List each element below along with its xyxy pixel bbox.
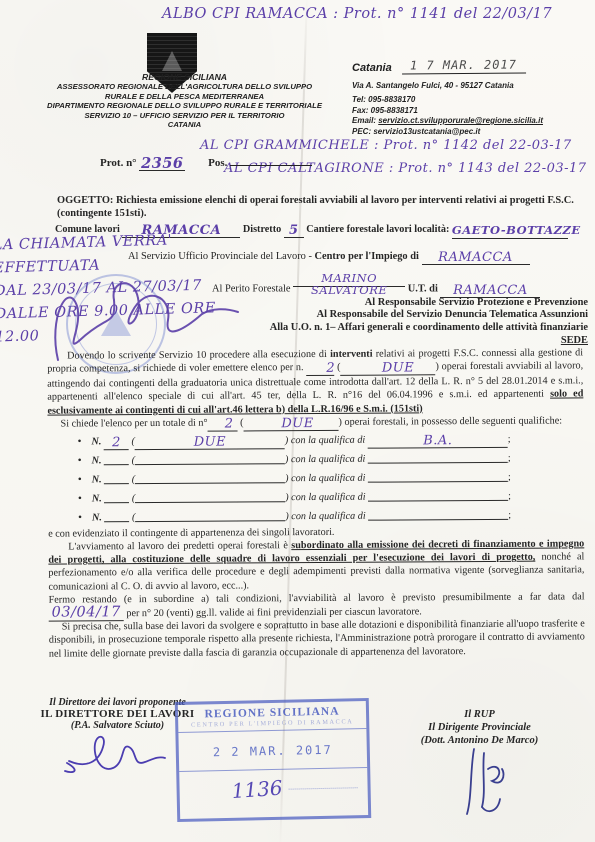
recipient-upl-cpi: Centro per l'Impiego di [315,251,419,262]
rup-role-line: Il Dirigente Provinciale [392,721,567,734]
recipient-upl-text: Al Servizio Ufficio Provinciale del Lavo… [128,251,315,262]
handwritten-note-grammichele: AL CPI GRAMMICHELE : Prot. n° 1142 del 2… [200,138,595,153]
signature-block-rup: Il RUP Il Dirigente Provinciale (Dott. A… [392,708,567,822]
email-value: servizio.ct.svilupporurale@regione.sicil… [378,116,543,125]
subject-text: Richiesta emissione elenchi di operai fo… [57,195,574,219]
p1-seg-bold: interventi [330,349,373,360]
localita-value: GAETO-BOTTAZZE [452,225,568,239]
recipient-denuncia: Al Responsabile del Servizio Denuncia Te… [238,309,588,321]
stamp-date: 2 2 MAR. 2017 [178,729,367,771]
p1-word-value: DUE [340,361,435,376]
distretto-label: Distretto [243,224,281,235]
letterhead-line1: ASSESSORATO REGIONALE DELL'AGRICOLTURA D… [12,82,357,92]
stamp-protocol-row: 1136 [179,767,368,810]
p2-word-value: DUE [244,417,339,432]
row-word-value: DUE [135,435,285,450]
p2-n-value: 2 [208,417,238,431]
rup-name-line: (Dott. Antonino De Marco) [392,734,567,747]
perito-name: MARINO SALVATORE [293,273,405,287]
p2-seg-b: operai forestali, in possesso delle segu… [342,415,562,427]
pec-value: servizio13ustcatania@pec.it [373,127,480,136]
p3-seg-a: L'avviamento al lavoro dei predetti oper… [68,540,291,552]
pos-label: Pos. [208,157,227,169]
distretto-value: 5 [284,224,304,238]
p4-seg-b: per n° 20 (venti) gg.ll. valide ai fini … [124,606,422,619]
email-label: Email: [352,116,378,125]
letterhead-line4: SERVIZIO 10 – UFFICIO SERVIZIO PER IL TE… [12,111,357,121]
prot-number: 2356 [139,157,185,171]
recipient-upl: Al Servizio Ufficio Provinciale del Lavo… [128,251,530,265]
paragraph-3: L'avviamento al lavoro dei predetti oper… [48,537,584,593]
letterhead-line3: DIPARTIMENTO REGIONALE DELLO SVILUPPO RU… [12,101,357,111]
contact-block: Catania 1 7 MAR. 2017 Via A. Santangelo … [352,58,590,137]
perito-ut-label: U.T. di [408,284,438,295]
row-mid-label: ) con la qualifica di [285,435,365,446]
rup-title-line: Il RUP [392,708,567,721]
handwritten-top-note: ALBO CPI RAMACCA : Prot. n° 1141 del 22/… [162,6,595,22]
city-label: Catania [352,62,392,74]
sede-label: SEDE [238,335,588,347]
subject-paragraph: OGGETTO: Richiesta emissione elenchi di … [57,194,579,220]
paragraph-1: Dovendo lo scrivente Servizio 10 procede… [47,346,583,417]
stamp-dotted-line [288,786,357,789]
qualification-list: N. 2 (DUE) con la qualifica di B.A.; N. … [48,429,585,527]
pec-label: PEC: [352,127,373,136]
fax-line: Fax: 095-8838171 [352,106,590,117]
letterhead-region: REGIONE SICILIANA [12,72,357,82]
tel-line: Tel: 095-8838170 [352,95,590,106]
p4-seg-a: Fermo restando (e in subordine a) tali c… [49,591,585,605]
recipients-block: Al Responsabile Servizio Protezione e Pr… [238,297,588,347]
letterhead-city: CATANIA [12,120,357,130]
scanned-letter-page: ALBO CPI RAMACCA : Prot. n° 1141 del 22/… [0,0,595,842]
perito-ut-value: RAMACCA [440,284,540,298]
subject-label: OGGETTO: [57,195,113,206]
row-n-label: N. [91,436,101,447]
pos-blank-line [230,153,312,166]
received-date-stamp: 1 7 MAR. 2017 [402,57,526,74]
p1-seg-a: Dovendo lo scrivente Servizio 10 procede… [67,349,330,362]
p2-seg-a: Si chiede l'elenco per un totale di n° [60,417,207,429]
protocol-stamp-ramacca: REGIONE SICILIANA CENTRO PER L'IMPIEGO D… [175,698,371,822]
paragraph-4: Fermo restando (e in subordine a) tali c… [49,590,585,621]
start-date-value: 03/04/17 [49,604,124,621]
protocol-line: Prot. n° 2356 Pos. [100,153,312,171]
p1-n-value: 2 [306,362,334,376]
stamp-protocol-number: 1136 [231,776,284,804]
recipient-upl-value: RAMACCA [422,251,530,265]
row-end: ; [508,434,511,445]
recipient-protezione: Al Responsabile Servizio Protezione e Pr… [238,297,588,309]
letterhead: REGIONE SICILIANA ASSESSORATO REGIONALE … [12,72,357,130]
letterhead-line2: RURALE E DELLA PESCA MEDITERRANEA [12,92,357,102]
recipient-uo1: Alla U.O. n. 1– Affari generali e coordi… [238,322,588,334]
row-qualifica-value: B.A. [368,434,508,449]
prot-label: Prot. n° [100,157,137,169]
signature-de-marco [440,747,520,817]
signature-sciuto [63,731,173,777]
recipient-perito: Al Perito Forestale MARINO SALVATORE U.T… [212,273,540,298]
paragraph-5: Si precisa che, sulla base dei lavori da… [49,618,585,661]
body-text: Dovendo lo scrivente Servizio 10 procede… [47,346,585,660]
row-n-value: 2 [104,436,129,450]
address-line: Via A. Santangelo Fulci, 40 - 95127 Cata… [352,81,590,90]
cantiere-label: Cantiere forestale lavori località: [306,224,449,235]
stamp-header: REGIONE SICILIANA CENTRO PER L'IMPIEGO D… [178,701,367,733]
qualification-row: N. () con la qualifica di ; [48,505,584,527]
